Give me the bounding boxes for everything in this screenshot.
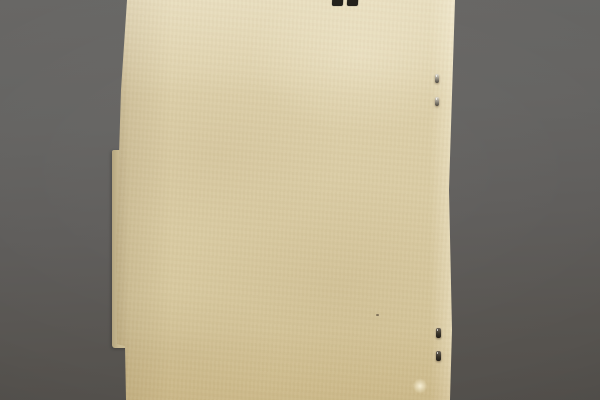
photo-canvas <box>0 0 600 400</box>
paper-speck <box>376 314 379 316</box>
booklet-cover <box>113 0 458 400</box>
